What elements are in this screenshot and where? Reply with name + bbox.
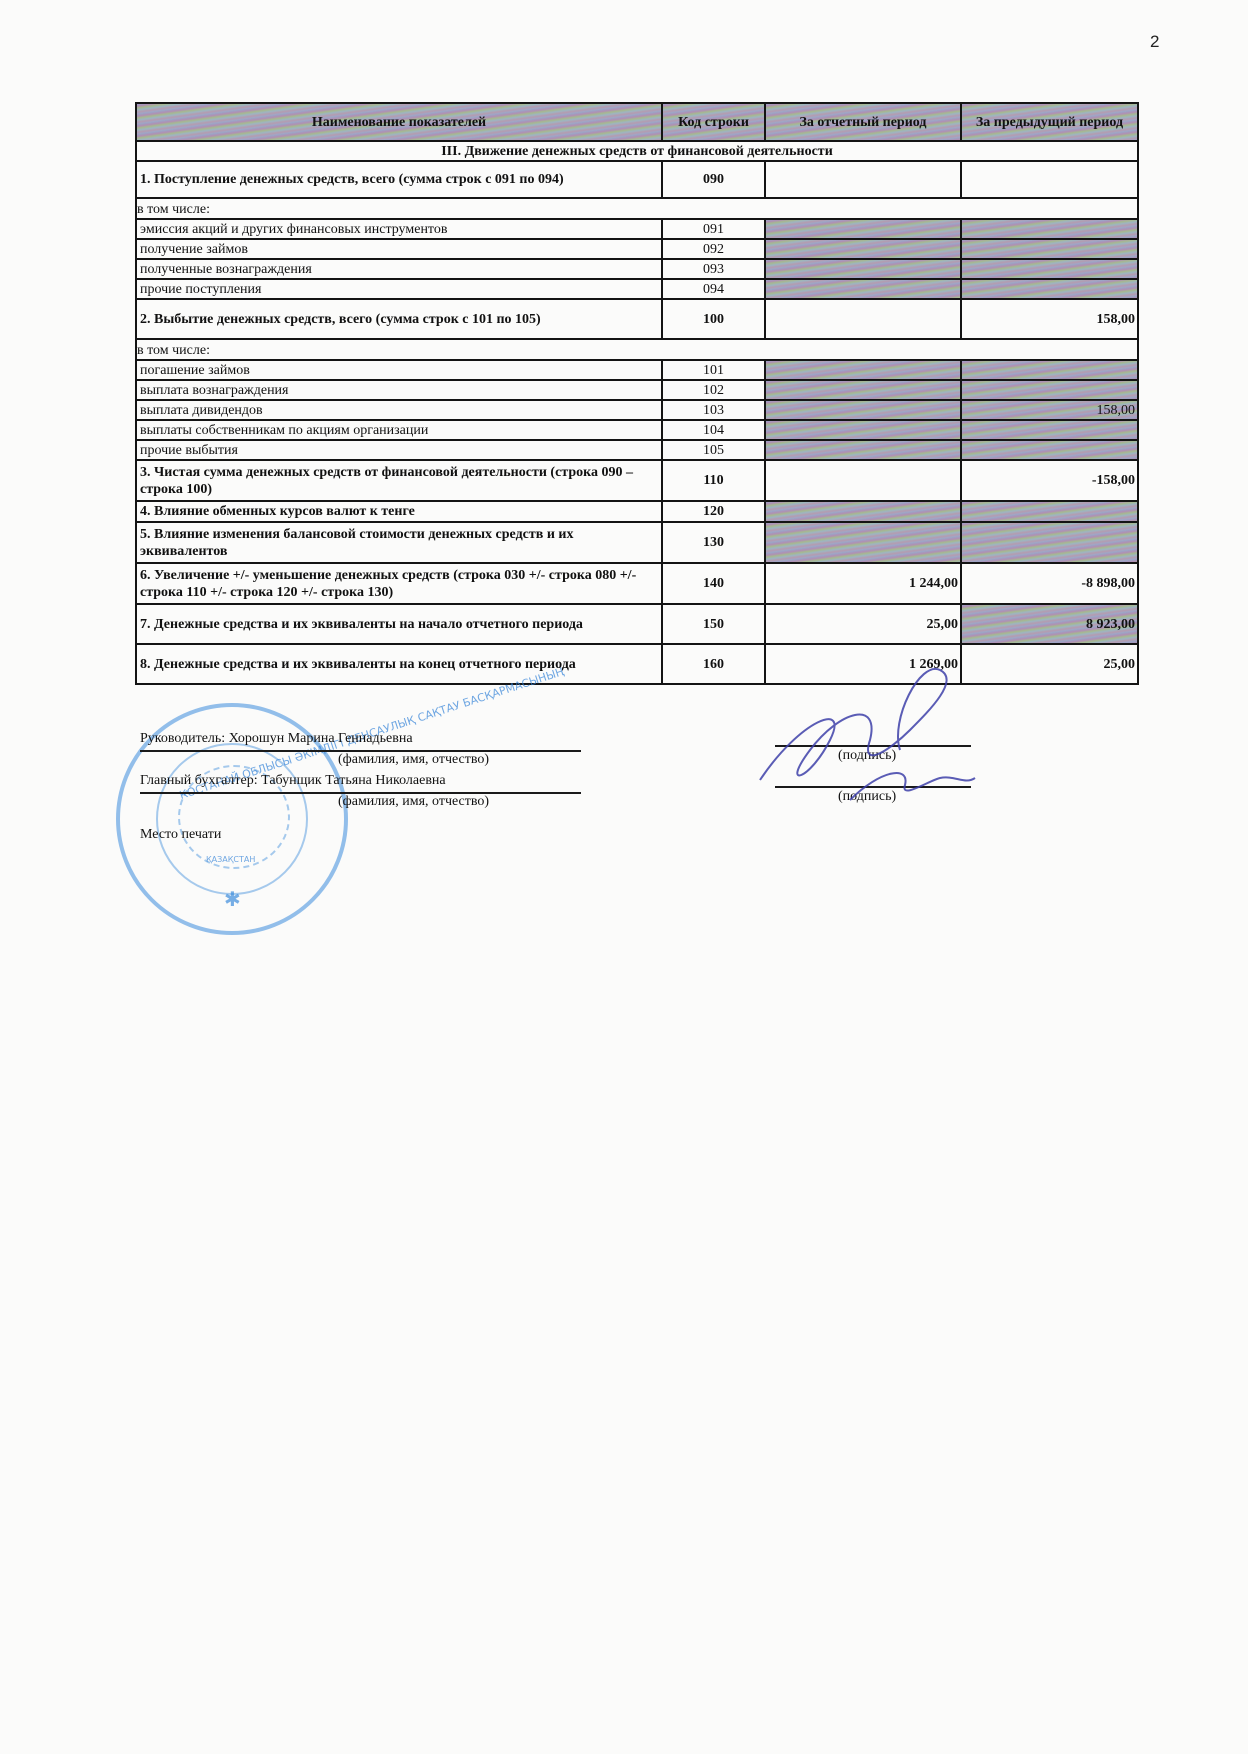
accountant-name: Главный бухгалтер: Табунщик Татьяна Нико… bbox=[140, 773, 446, 789]
table-row: 7. Денежные средства и их эквиваленты на… bbox=[135, 605, 1139, 645]
row-previous-value: 158,00 bbox=[962, 401, 1139, 421]
row-current-value bbox=[766, 300, 962, 340]
header-previous: За предыдущий период bbox=[962, 104, 1139, 142]
table-row: погашение займов101 bbox=[135, 361, 1139, 381]
section-title: III. Движение денежных средств от финанс… bbox=[135, 142, 1139, 162]
row-previous-value bbox=[962, 523, 1139, 564]
row-code: 104 bbox=[663, 421, 766, 441]
row-previous-value bbox=[962, 361, 1139, 381]
row-code: 105 bbox=[663, 441, 766, 461]
row-previous-value bbox=[962, 260, 1139, 280]
header-current: За отчетный период bbox=[766, 104, 962, 142]
table-row: эмиссия акций и других финансовых инстру… bbox=[135, 220, 1139, 240]
row-code: 094 bbox=[663, 280, 766, 300]
table-row: полученные вознаграждения093 bbox=[135, 260, 1139, 280]
stamp-emblem-label: ҚАЗАҚСТАН bbox=[206, 855, 255, 864]
row-previous-value: 158,00 bbox=[962, 300, 1139, 340]
row-previous-value: 8 923,00 bbox=[962, 605, 1139, 645]
row-current-value bbox=[766, 401, 962, 421]
row-name: 1. Поступление денежных средств, всего (… bbox=[135, 162, 663, 199]
row-name: 4. Влияние обменных курсов валют к тенге bbox=[135, 502, 663, 523]
table-row: выплата дивидендов103158,00 bbox=[135, 401, 1139, 421]
table-row: 1. Поступление денежных средств, всего (… bbox=[135, 162, 1139, 199]
row-code: 102 bbox=[663, 381, 766, 401]
table-row: 5. Влияние изменения балансовой стоимост… bbox=[135, 523, 1139, 564]
row-current-value bbox=[766, 280, 962, 300]
row-previous-value bbox=[962, 441, 1139, 461]
row-current-value bbox=[766, 381, 962, 401]
header-name: Наименование показателей bbox=[135, 104, 663, 142]
row-name: получение займов bbox=[135, 240, 663, 260]
table-row: 4. Влияние обменных курсов валют к тенге… bbox=[135, 502, 1139, 523]
row-name: 2. Выбытие денежных средств, всего (сумм… bbox=[135, 300, 663, 340]
row-current-value bbox=[766, 240, 962, 260]
row-current-value bbox=[766, 421, 962, 441]
row-current-value bbox=[766, 523, 962, 564]
subheading-cell: в том числе: bbox=[135, 340, 1139, 361]
table-row: выплата вознаграждения102 bbox=[135, 381, 1139, 401]
row-code: 093 bbox=[663, 260, 766, 280]
table-row: прочие поступления094 bbox=[135, 280, 1139, 300]
row-code: 101 bbox=[663, 361, 766, 381]
row-current-value: 25,00 bbox=[766, 605, 962, 645]
row-previous-value bbox=[962, 280, 1139, 300]
row-name: прочие выбытия bbox=[135, 441, 663, 461]
row-current-value bbox=[766, 502, 962, 523]
row-current-value bbox=[766, 260, 962, 280]
row-name: выплата дивидендов bbox=[135, 401, 663, 421]
handwritten-signature-icon bbox=[740, 660, 1000, 830]
row-current-value bbox=[766, 220, 962, 240]
row-code: 092 bbox=[663, 240, 766, 260]
row-previous-value bbox=[962, 220, 1139, 240]
row-name: выплаты собственникам по акциям организа… bbox=[135, 421, 663, 441]
subheading-cell: в том числе: bbox=[135, 199, 1139, 220]
table-row: 2. Выбытие денежных средств, всего (сумм… bbox=[135, 300, 1139, 340]
table-row: в том числе: bbox=[135, 199, 1139, 220]
section-row: III. Движение денежных средств от финанс… bbox=[135, 142, 1139, 162]
table-row: выплаты собственникам по акциям организа… bbox=[135, 421, 1139, 441]
row-code: 103 bbox=[663, 401, 766, 421]
row-name: 5. Влияние изменения балансовой стоимост… bbox=[135, 523, 663, 564]
row-code: 090 bbox=[663, 162, 766, 199]
accountant-caption: (фамилия, имя, отчество) bbox=[338, 794, 489, 810]
stamp-place-label: Место печати bbox=[140, 827, 221, 843]
row-name: выплата вознаграждения bbox=[135, 381, 663, 401]
page-number: 2 bbox=[1150, 32, 1159, 52]
table-row: 6. Увеличение +/- уменьшение денежных ср… bbox=[135, 564, 1139, 605]
row-current-value: 1 244,00 bbox=[766, 564, 962, 605]
row-code: 150 bbox=[663, 605, 766, 645]
row-previous-value: -8 898,00 bbox=[962, 564, 1139, 605]
row-current-value bbox=[766, 461, 962, 502]
row-name: 8. Денежные средства и их эквиваленты на… bbox=[135, 645, 663, 685]
row-name: 6. Увеличение +/- уменьшение денежных ср… bbox=[135, 564, 663, 605]
table-header: Наименование показателей Код строки За о… bbox=[135, 102, 1139, 142]
row-code: 140 bbox=[663, 564, 766, 605]
row-current-value bbox=[766, 361, 962, 381]
table-row: получение займов092 bbox=[135, 240, 1139, 260]
row-previous-value bbox=[962, 162, 1139, 199]
header-code: Код строки bbox=[663, 104, 766, 142]
row-name: полученные вознаграждения bbox=[135, 260, 663, 280]
row-code: 120 bbox=[663, 502, 766, 523]
row-previous-value bbox=[962, 240, 1139, 260]
row-name: погашение займов bbox=[135, 361, 663, 381]
row-name: эмиссия акций и других финансовых инстру… bbox=[135, 220, 663, 240]
row-code: 100 bbox=[663, 300, 766, 340]
table-row: 3. Чистая сумма денежных средств от фина… bbox=[135, 461, 1139, 502]
row-name: 3. Чистая сумма денежных средств от фина… bbox=[135, 461, 663, 502]
row-previous-value bbox=[962, 502, 1139, 523]
table-row: в том числе: bbox=[135, 340, 1139, 361]
row-previous-value: -158,00 bbox=[962, 461, 1139, 502]
director-caption: (фамилия, имя, отчество) bbox=[338, 752, 489, 768]
star-icon: ✱ bbox=[224, 887, 241, 912]
row-current-value bbox=[766, 162, 962, 199]
row-name: 7. Денежные средства и их эквиваленты на… bbox=[135, 605, 663, 645]
row-code: 110 bbox=[663, 461, 766, 502]
row-code: 091 bbox=[663, 220, 766, 240]
row-previous-value bbox=[962, 381, 1139, 401]
row-previous-value bbox=[962, 421, 1139, 441]
table-row: прочие выбытия105 bbox=[135, 441, 1139, 461]
row-current-value bbox=[766, 441, 962, 461]
row-name: прочие поступления bbox=[135, 280, 663, 300]
row-code: 130 bbox=[663, 523, 766, 564]
director-name: Руководитель: Хорошун Марина Геннадьевна bbox=[140, 731, 413, 747]
